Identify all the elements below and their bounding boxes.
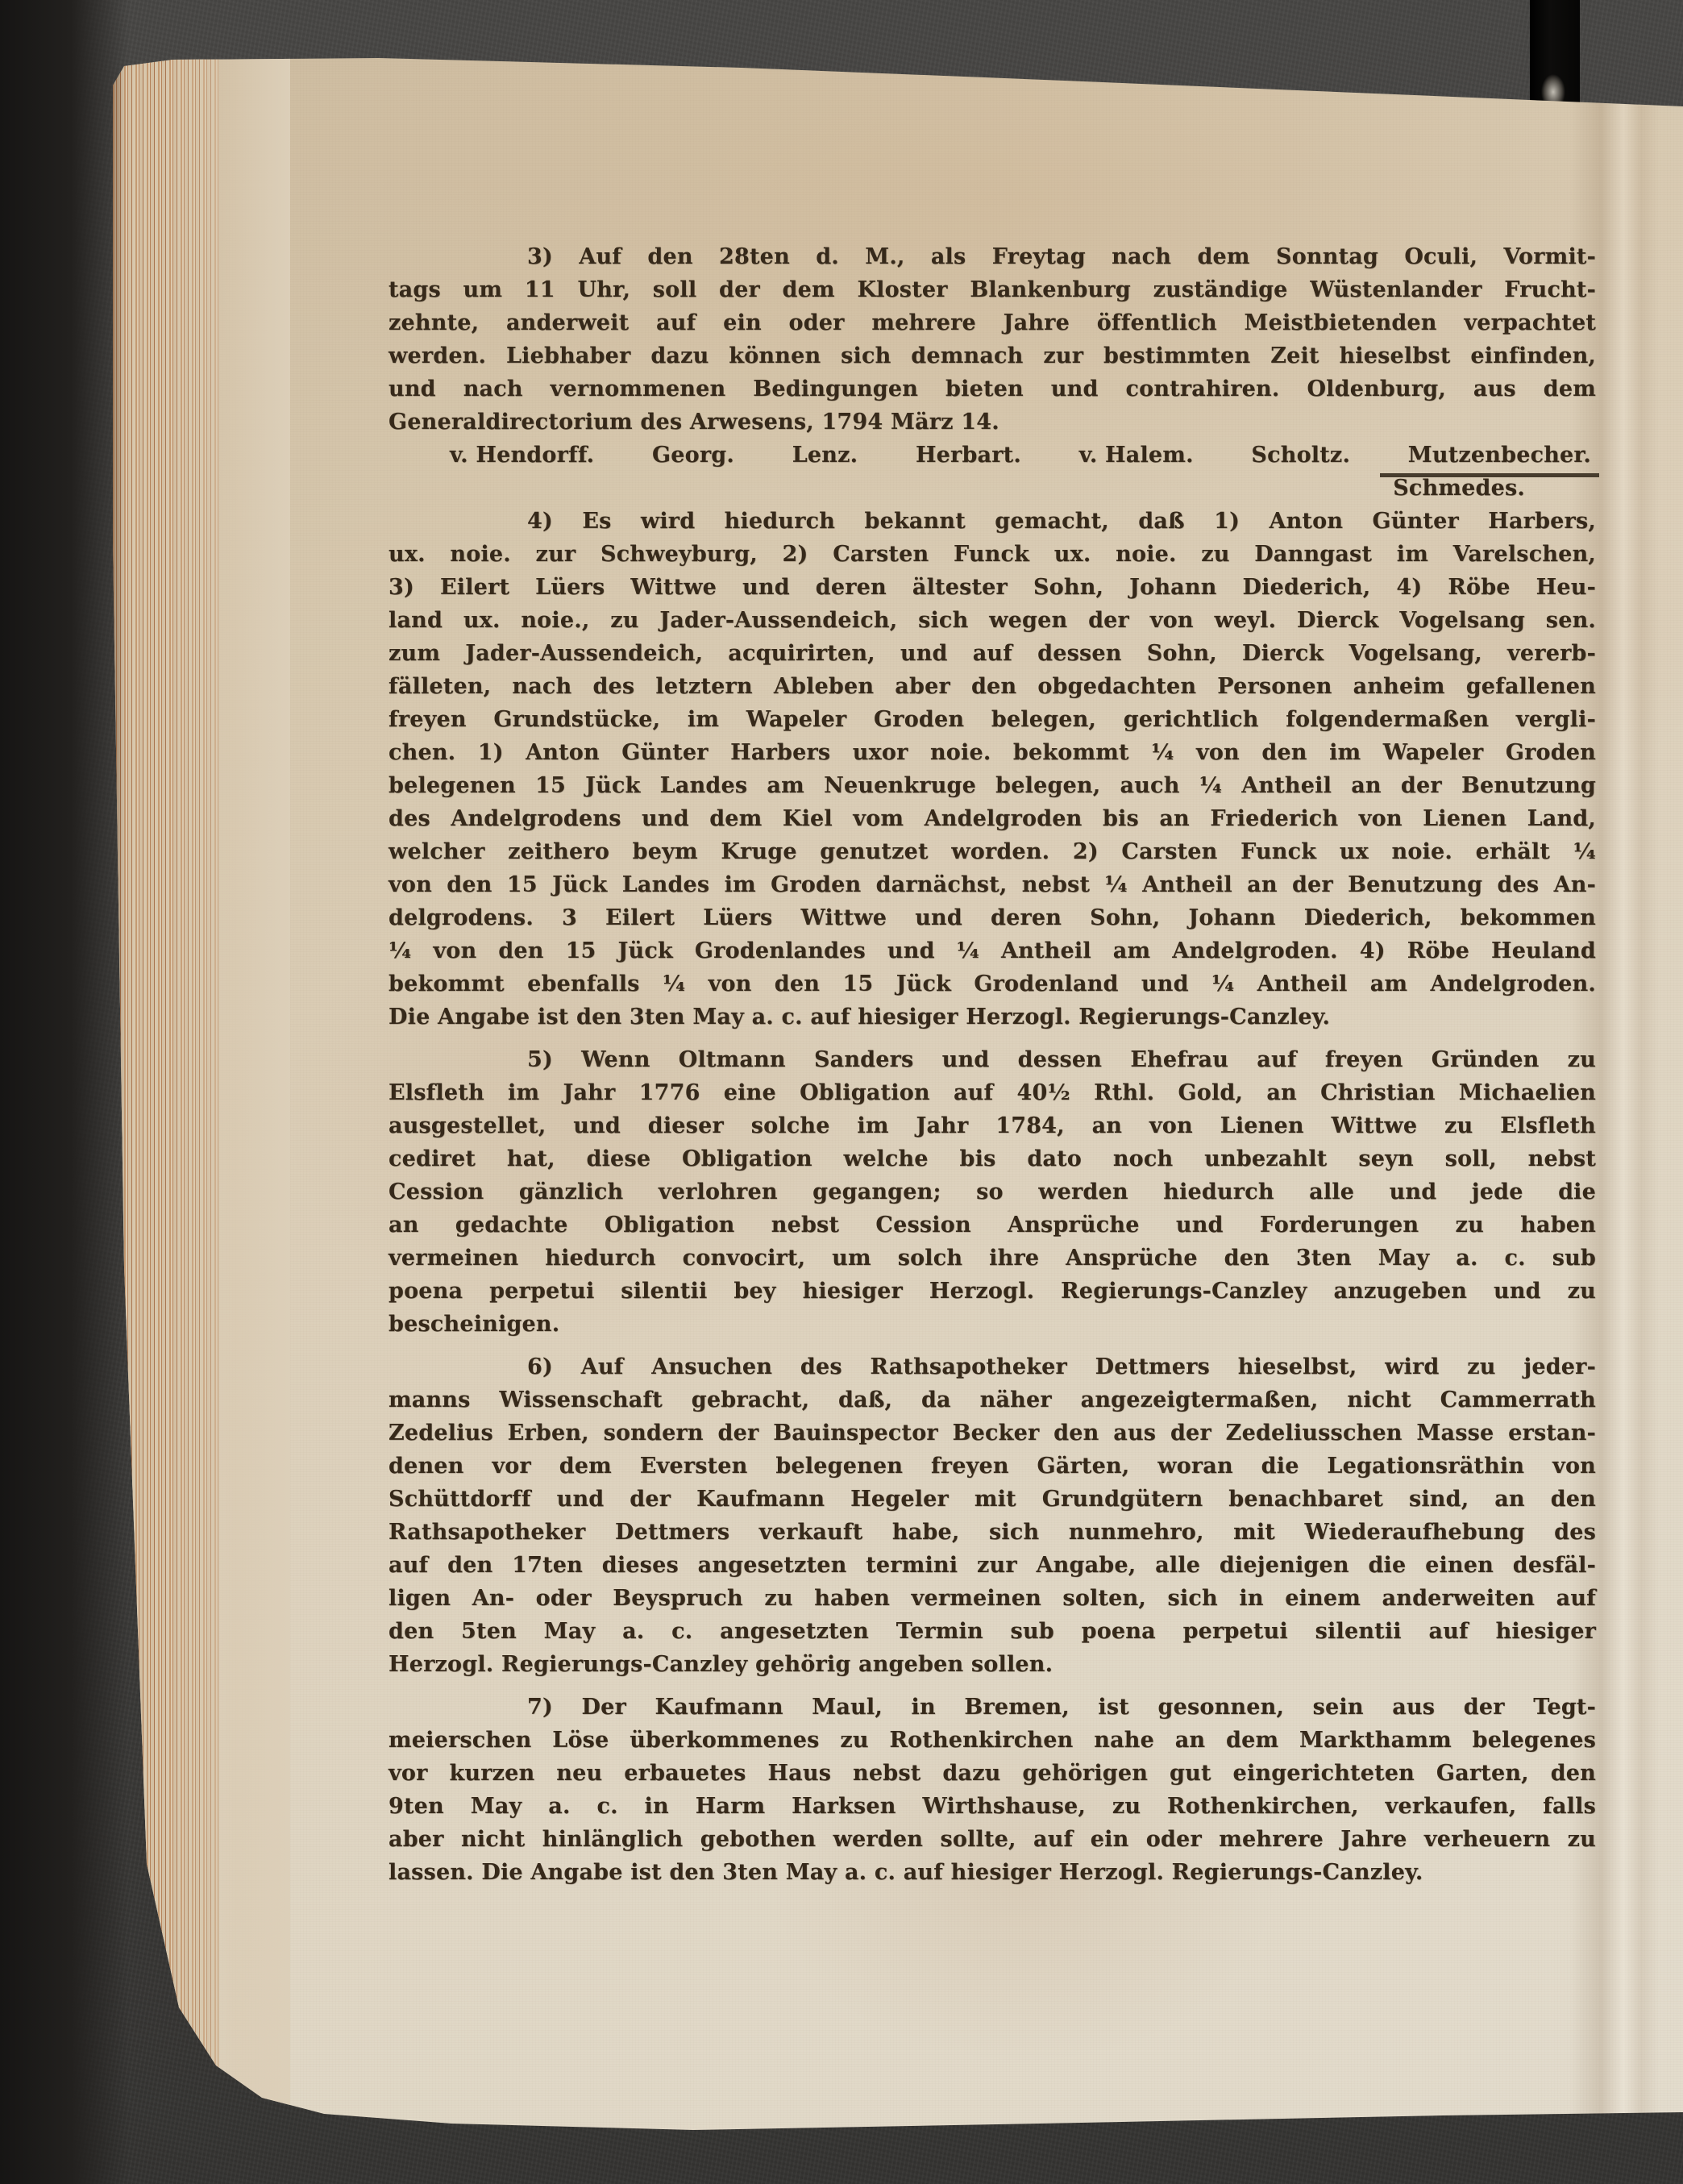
text-line: des Andelgrodens und dem Kiel vom Andelg… [389, 802, 1596, 835]
text-line: vor kurzen neu erbauetes Haus nebst dazu… [389, 1757, 1596, 1790]
text-line: meierschen Löse überkommenes zu Rothenki… [389, 1724, 1596, 1757]
text-line: Herzogl. Regierungs-Canzley gehörig ange… [389, 1648, 1596, 1681]
signature-name: Georg. [652, 439, 734, 472]
text-line: bekommt ebenfalls ¼ von den 15 Jück Grod… [389, 967, 1596, 1000]
signature-name: Herbart. [916, 439, 1021, 472]
signature-row: v. Hendorff.Georg.Lenz.Herbart.v. Halem.… [389, 439, 1596, 472]
text-line: freyen Grundstücke, im Wapeler Groden be… [389, 703, 1596, 736]
text-line: lassen. Die Angabe ist den 3ten May a. c… [389, 1856, 1596, 1889]
text-line: auf den 17ten dieses angesetzten termini… [389, 1549, 1596, 1582]
text-line: den 5ten May a. c. angesetzten Termin su… [389, 1615, 1596, 1648]
text-line: Generaldirectorium des Arwesens, 1794 Mä… [389, 406, 1596, 439]
text-line: ligen An- oder Beyspruch zu haben vermei… [389, 1582, 1596, 1615]
text-line: Die Angabe ist den 3ten May a. c. auf hi… [389, 1000, 1596, 1034]
text-line: Zedelius Erben, sondern der Bauinspector… [389, 1416, 1596, 1450]
signature-name: v. Hendorff. [450, 439, 594, 472]
text-line: und nach vernommenen Bedingungen bieten … [389, 372, 1596, 406]
text-line: 3) Auf den 28ten d. M., als Freytag nach… [389, 240, 1596, 273]
signature-name: Scholtz. [1251, 439, 1350, 472]
text-line: Cession gänzlich verlohren gegangen; so … [389, 1175, 1596, 1208]
text-line: belegenen 15 Jück Landes am Neuenkruge b… [389, 769, 1596, 802]
background-shadow [0, 0, 129, 2184]
text-line: land ux. noie., zu Jader-Aussendeich, si… [389, 604, 1596, 637]
paragraph-item-4: 4) Es wird hiedurch bekannt gemacht, daß… [389, 505, 1596, 1034]
text-line: 5) Wenn Oltmann Sanders und dessen Ehefr… [389, 1043, 1596, 1076]
text-line: chen. 1) Anton Günter Harbers uxor noie.… [389, 736, 1596, 769]
text-line: tags um 11 Uhr, soll der dem Kloster Bla… [389, 273, 1596, 306]
text-line: 3) Eilert Lüers Wittwe und deren älteste… [389, 571, 1596, 604]
bookmark-ribbon [1530, 0, 1580, 105]
countersignature: Schmedes. [1393, 476, 1525, 501]
scanned-book-photo: 3) Auf den 28ten d. M., als Freytag nach… [0, 0, 1683, 2184]
paragraph-item-7: 7) Der Kaufmann Maul, in Bremen, ist ges… [389, 1691, 1596, 1889]
paragraph-item-3: 3) Auf den 28ten d. M., als Freytag nach… [389, 240, 1596, 439]
text-line: bescheinigen. [389, 1308, 1596, 1341]
book-page: 3) Auf den 28ten d. M., als Freytag nach… [113, 58, 1683, 2130]
countersignature-row: Schmedes. [389, 472, 1596, 505]
signature-name: Mutzenbecher. [1408, 439, 1591, 472]
text-line: zehnte, anderweit auf ein oder mehrere J… [389, 306, 1596, 339]
paragraph-item-6: 6) Auf Ansuchen des Rathsapotheker Dettm… [389, 1350, 1596, 1681]
text-block: 3) Auf den 28ten d. M., als Freytag nach… [389, 240, 1596, 1889]
text-line: 7) Der Kaufmann Maul, in Bremen, ist ges… [389, 1691, 1596, 1724]
text-line: fälleten, nach des letztern Ableben aber… [389, 670, 1596, 703]
text-line: denen vor dem Eversten belegenen freyen … [389, 1450, 1596, 1483]
text-line: manns Wissenschaft gebracht, daß, da näh… [389, 1383, 1596, 1416]
text-line: welcher zeithero beym Kruge genutzet wor… [389, 835, 1596, 868]
text-line: ¼ von den 15 Jück Grodenlandes und ¼ Ant… [389, 934, 1596, 967]
text-line: an gedachte Obligation nebst Cession Ans… [389, 1208, 1596, 1242]
text-line: ux. noie. zur Schweyburg, 2) Carsten Fun… [389, 538, 1596, 571]
text-line: ausgestellet, und dieser solche im Jahr … [389, 1109, 1596, 1142]
text-line: 9ten May a. c. in Harm Harksen Wirthshau… [389, 1790, 1596, 1823]
text-line: Rathsapotheker Dettmers verkauft habe, s… [389, 1516, 1596, 1549]
signature-name: Lenz. [792, 439, 858, 472]
text-line: cediret hat, diese Obligation welche bis… [389, 1142, 1596, 1175]
text-line: zum Jader-Aussendeich, acquirirten, und … [389, 637, 1596, 670]
fore-edge-fade [169, 58, 290, 2130]
text-line: vermeinen hiedurch convocirt, um solch i… [389, 1242, 1596, 1275]
text-line: von den 15 Jück Landes im Groden darnäch… [389, 868, 1596, 901]
text-line: werden. Liebhaber dazu können sich demna… [389, 339, 1596, 372]
text-line: 6) Auf Ansuchen des Rathsapotheker Dettm… [389, 1350, 1596, 1383]
text-line: delgrodens. 3 Eilert Lüers Wittwe und de… [389, 901, 1596, 934]
paragraph-item-5: 5) Wenn Oltmann Sanders und dessen Ehefr… [389, 1043, 1596, 1341]
text-line: poena perpetui silentii bey hiesiger Her… [389, 1275, 1596, 1308]
signature-name: v. Halem. [1079, 439, 1194, 472]
text-line: Elsfleth im Jahr 1776 eine Obligation au… [389, 1076, 1596, 1109]
text-line: Schüttdorff und der Kaufmann Hegeler mit… [389, 1483, 1596, 1516]
signature-rule [1380, 473, 1599, 477]
text-line: aber nicht hinlänglich gebothen werden s… [389, 1823, 1596, 1856]
text-line: 4) Es wird hiedurch bekannt gemacht, daß… [389, 505, 1596, 538]
